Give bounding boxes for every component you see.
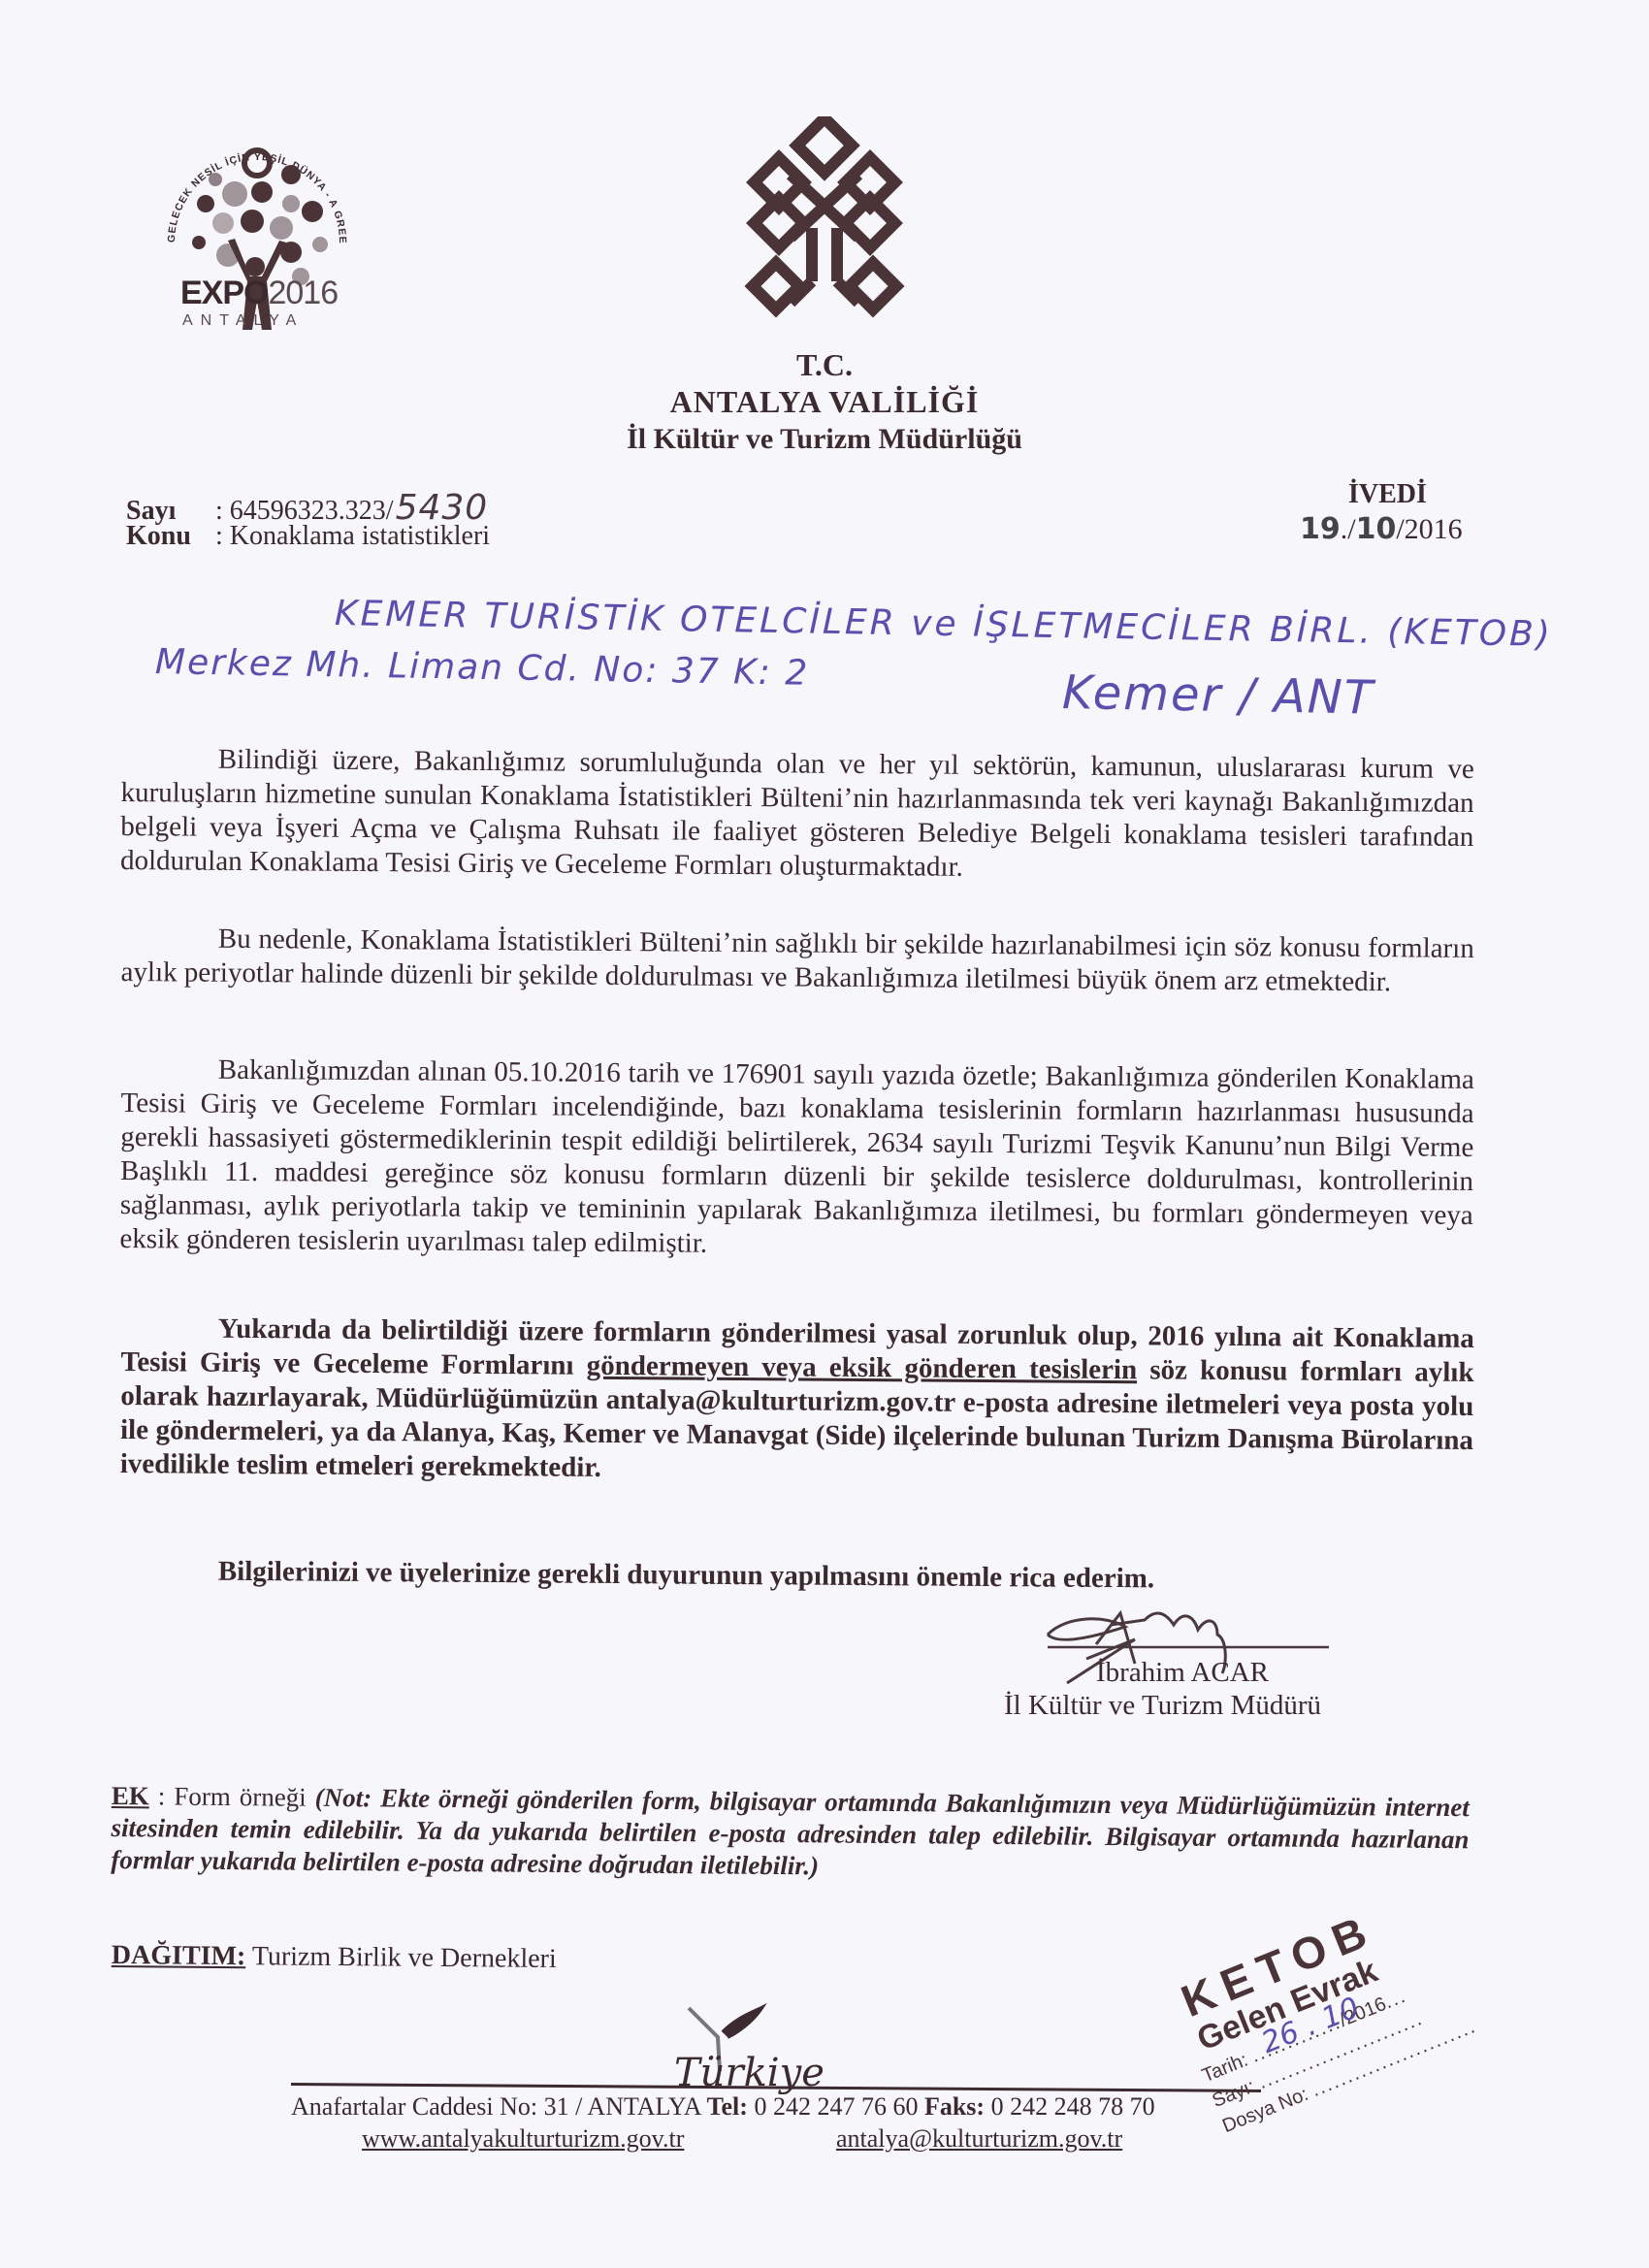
paragraph-3: Bakanlığımızdan alınan 05.10.2016 tarih … (119, 1053, 1474, 1267)
footer-contact: Anafartalar Caddesi No: 31 / ANTALYA Tel… (291, 2092, 1155, 2122)
date-day: 19 (1300, 512, 1341, 546)
addressee-line-2: Merkez Mh. Liman Cd. No: 37 K: 2 (155, 642, 810, 694)
attachment-value: Form örneği (174, 1782, 315, 1812)
attachment-remark: (Not: Ekte örneği gönderilen form, bilgi… (111, 1783, 1470, 1881)
signatory-title: İl Kültür ve Turizm Müdürü (1004, 1690, 1321, 1722)
header-tc: T.C. (0, 347, 1649, 383)
footer-address: Anafartalar Caddesi No: 31 / ANTALYA (291, 2092, 707, 2121)
footer-email-link[interactable]: antalya@kulturturizm.gov.tr (836, 2124, 1122, 2154)
header-governorship: ANTALYA VALİLİĞİ (0, 384, 1649, 420)
underlined-emphasis: göndermeyen veya eksik gönderen tesisler… (587, 1350, 1138, 1385)
expo-wordmark: EXPO2016 (180, 275, 338, 312)
distribution-value: Turizm Birlik ve Dernekleri (245, 1941, 557, 1974)
paragraph-2: Bu nedenle, Konaklama İstatistikleri Bül… (120, 922, 1474, 1000)
footer-fax: 0 242 248 78 70 (985, 2092, 1155, 2121)
closing-paragraph: Bilgilerinizi ve üyelerinize gerekli duy… (121, 1554, 1474, 1599)
attachment-label: EK (112, 1781, 149, 1810)
konu-label: Konu (126, 521, 215, 552)
subject: Konu: Konaklama istatistikleri (126, 521, 490, 552)
incoming-document-stamp: KETOB Gelen Evrak Tarih: ............./2… (1131, 1858, 1519, 2202)
paragraph-1: Bilindiği üzere, Bakanlığımız sorumluluğ… (120, 742, 1474, 889)
expo-city: ANTALYA (182, 312, 304, 330)
attachment-note: EK : Form örneği (Not: Ekte örneği gönde… (111, 1780, 1470, 1888)
konu-value: : Konaklama istatistikleri (215, 521, 490, 551)
distribution-label: DAĞITIM: (112, 1940, 246, 1971)
signatory-name: İbrahim ACAR (1096, 1657, 1269, 1689)
addressee-line-3: Kemer / ANT (1062, 665, 1375, 726)
priority-label: İVEDİ (1348, 479, 1427, 510)
date-month: 10 (1356, 512, 1397, 546)
header-directorate: İl Kültür ve Turizm Müdürlüğü (0, 423, 1649, 456)
knot-emblem-icon (742, 116, 907, 320)
addressee-line-1: KEMER TURİSTİK OTELCİLER ve İŞLETMECİLER… (335, 594, 1553, 655)
letter-date: 19./10/2016 (1300, 512, 1463, 546)
paragraph-4: Yukarıda da belirtildiği üzere formların… (120, 1312, 1474, 1492)
date-year: /2016 (1396, 513, 1462, 545)
distribution: DAĞITIM: Turizm Birlik ve Dernekleri (112, 1940, 557, 1975)
footer-website-link[interactable]: www.antalyakulturturizm.gov.tr (362, 2124, 684, 2154)
footer-phone: 0 242 247 76 60 (748, 2092, 924, 2121)
